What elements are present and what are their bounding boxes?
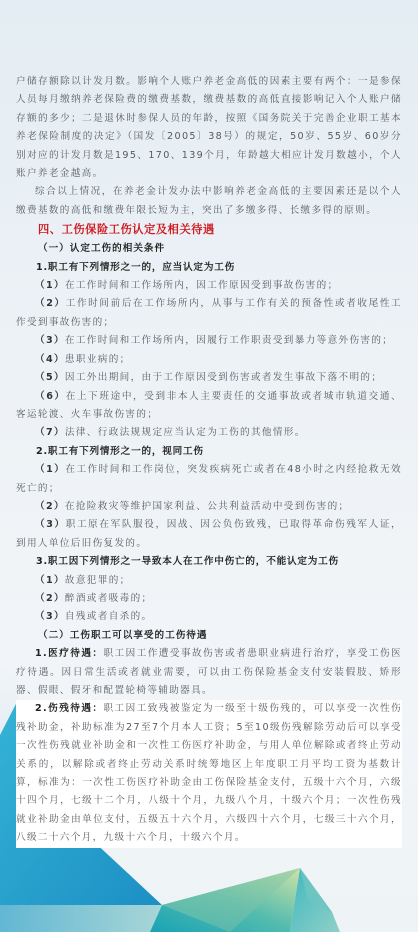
list-item: （1）在工作时间和工作场所内，因工作原因受到事故伤害的； [16, 277, 402, 295]
list-item: （5）因工外出期间，由于工作原因受到伤害或者发生事故下落不明的； [16, 369, 402, 387]
list-item: （4）患职业病的； [16, 351, 402, 369]
list-item: （2）工作时间前后在工作场所内，从事与工作有关的预备性或者收尾性工作受到事故伤害… [16, 295, 402, 332]
document-body: 户储存额除以计发月数。影响个人账户养老金高低的因素主要有两个：一是参保人员每月缴… [16, 73, 402, 848]
list-item: （3）自残或者自杀的。 [16, 608, 402, 626]
group3-title: 3.职工因下列情形之一导致本人在工作中伤亡的，不能认定为工伤 [16, 553, 402, 571]
list-item: （1）故意犯罪的； [16, 572, 402, 590]
group1-title: 1.职工有下列情形之一的，应当认定为工伤 [16, 259, 402, 277]
list-item: （3）职工原在军队服役，因战、因公负伤致残，已取得革命伤残军人证，到用人单位后旧… [16, 516, 402, 553]
section-title: 四、工伤保险工伤认定及相关待遇 [16, 220, 402, 240]
paragraph-summary: 综合以上情况，在养老金计发办法中影响养老金高低的主要因素还是以个人缴费基数的高低… [16, 183, 402, 220]
list-item: （2）在抢险救灾等维护国家利益、公共利益活动中受到伤害的； [16, 498, 402, 516]
list-item: （6）在上下班途中，受到非本人主要责任的交通事故或者城市轨道交通、客运轮渡、火车… [16, 388, 402, 425]
list-item: （1）在工作时间和工作岗位，突发疾病死亡或者在48小时之内经抢救无效死亡的； [16, 461, 402, 498]
list-item: （2）醉酒或者吸毒的； [16, 590, 402, 608]
paragraph-pension-factors: 户储存额除以计发月数。影响个人账户养老金高低的因素主要有两个：一是参保人员每月缴… [16, 73, 402, 183]
paragraph-disability-benefit: 2.伤残待遇：职工因工致残被鉴定为一级至十级伤残的，可以享受一次性伤残补助金，补… [16, 700, 402, 847]
list-item: （7）法律、行政法规规定应当认定为工伤的其他情形。 [16, 424, 402, 442]
paragraph-medical-benefit: 1.医疗待遇：职工因工作遭受事故伤害或者患职业病进行治疗，享受工伤医疗待遇。因日… [16, 645, 402, 700]
group2-title: 2.职工有下列情形之一的，视同工伤 [16, 443, 402, 461]
list-item: （3）在工作时间和工作场所内，因履行工作职责受到暴力等意外伤害的； [16, 332, 402, 350]
highlighted-block: 2.伤残待遇：职工因工致残被鉴定为一级至十级伤残的，可以享受一次性伤残补助金，补… [16, 700, 402, 847]
part1-title: （一）认定工伤的相关条件 [16, 240, 402, 258]
part2-title: （二）工伤职工可以享受的工伤待遇 [16, 627, 402, 645]
